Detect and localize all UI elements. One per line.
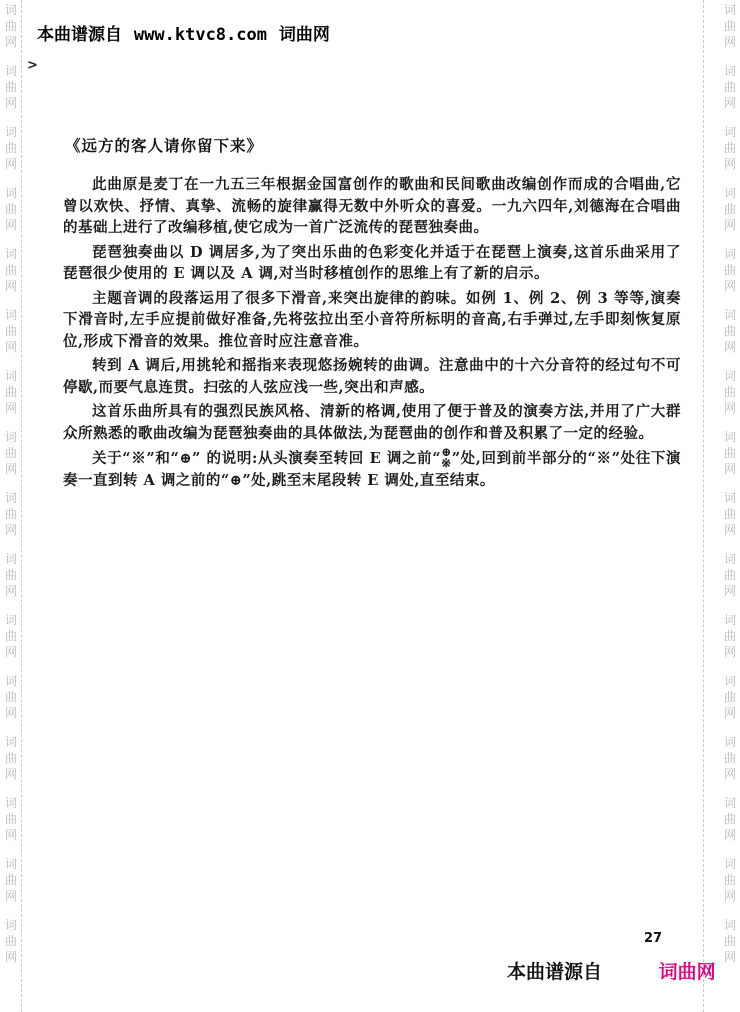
left-watermark-column: 词曲网词曲网词曲网词曲网词曲网词曲网词曲网词曲网词曲网词曲网词曲网词曲网词曲网词… (2, 2, 20, 1012)
page-title: 《远方的客人请你留下来》 (65, 134, 263, 156)
header-site-url: www.ktvc8.com (134, 25, 267, 45)
document-page: 词曲网词曲网词曲网词曲网词曲网词曲网词曲网词曲网词曲网词曲网词曲网词曲网词曲网词… (0, 0, 740, 1012)
page-number: 27 (644, 931, 662, 946)
left-dashed-border (21, 0, 22, 1012)
paragraph-2: 琵琶独奏曲以 D 调居多,为了突出乐曲的色彩变化并适于在琵琶上演奏,这首乐曲采用… (63, 242, 681, 285)
paragraph-explanation: 关于“※”和“⊕” 的说明:从头演奏至转回 E 调之前“⊕※”处,回到前半部分的… (63, 447, 681, 491)
segno-icon: ※ (441, 458, 452, 469)
paragraph-4: 转到 A 调后,用挑轮和摇指来表现悠扬婉转的曲调。注意曲中的十六分音符的经过句不… (63, 355, 681, 398)
header-source-line: 本曲谱源自 www.ktvc8.com 词曲网 (37, 20, 330, 45)
header-brand: 词曲网 (279, 25, 330, 45)
explanation-text-before: 关于“※”和“⊕” 的说明:从头演奏至转回 E 调之前“ (92, 450, 441, 467)
footer: 本曲谱源自 词曲网 (507, 957, 716, 984)
corner-mark: > (27, 58, 38, 73)
right-dashed-border (703, 0, 704, 1012)
paragraph-3: 主题音调的段落运用了很多下滑音,来突出旋律的韵味。如例 1、例 2、例 3 等等… (63, 288, 681, 353)
paragraph-1: 此曲原是麦丁在一九五三年根据金国富创作的歌曲和民间歌曲改编创作而成的合唱曲,它曾… (63, 174, 681, 239)
footer-brand: 词曲网 (659, 961, 716, 983)
header-source-label: 本曲谱源自 (37, 25, 122, 45)
paragraph-5: 这首乐曲所具有的强烈民族风格、清新的格调,使用了便于普及的演奏方法,并用了广大群… (63, 401, 681, 444)
body-text: 此曲原是麦丁在一九五三年根据金国富创作的歌曲和民间歌曲改编创作而成的合唱曲,它曾… (63, 174, 681, 494)
right-watermark-column: 词曲网词曲网词曲网词曲网词曲网词曲网词曲网词曲网词曲网词曲网词曲网词曲网词曲网词… (721, 2, 739, 1012)
coda-segno-stack: ⊕※ (441, 447, 452, 469)
footer-source-label: 本曲谱源自 (507, 961, 602, 983)
